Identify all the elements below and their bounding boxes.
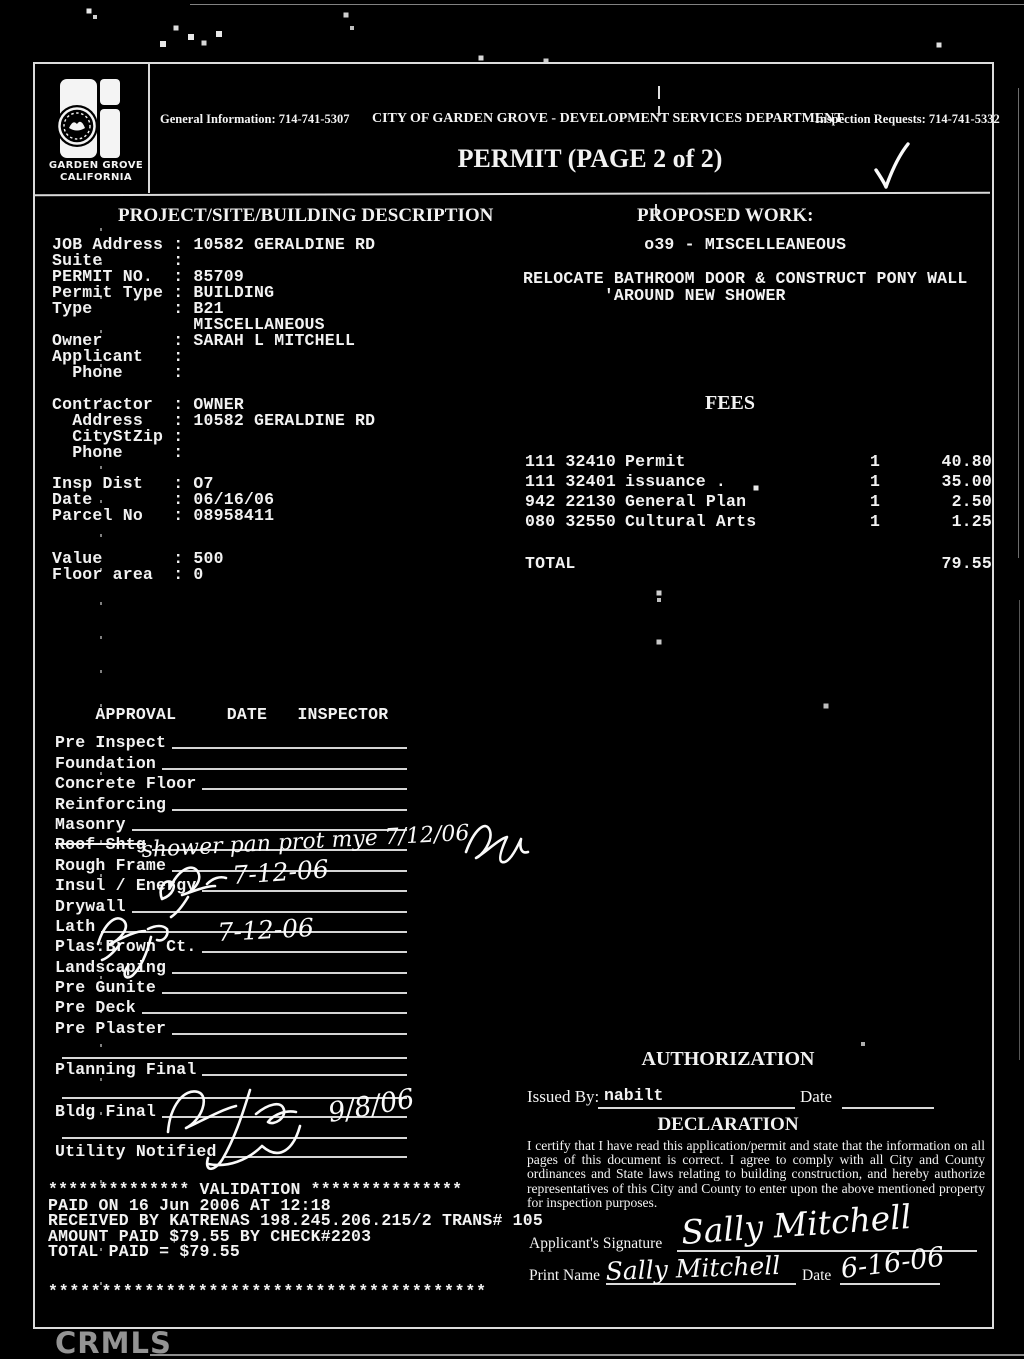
- plas-brown-descender-squiggle: [125, 937, 151, 977]
- print-name-handwriting: Sally Mitchell: [605, 1251, 781, 1286]
- scanned-permit-page: GARDEN GROVE CALIFORNIA General Informat…: [0, 0, 1024, 1359]
- lath-date-handwriting: 7-12-06: [217, 913, 315, 947]
- roof-inspector-initials-squiggle: [466, 826, 528, 862]
- handwriting-overlay: shower pan prot mye 7/12/06 7-12-06 7-12…: [0, 0, 1024, 1359]
- lath-initials-squiggle: [98, 918, 167, 960]
- scan-edge-bottom: [150, 1354, 1024, 1356]
- bldg-final-signature-squiggle: [168, 1090, 296, 1169]
- insul-energy-mark-squiggle: [161, 881, 174, 899]
- checkmark-icon: [876, 144, 908, 187]
- signed-date-handwriting: 6-16-06: [839, 1241, 946, 1284]
- applicant-signature-handwriting: Sally Mitchell: [680, 1197, 913, 1252]
- rough-frame-date-handwriting: 7-12-06: [231, 854, 329, 890]
- rough-frame-initials-squiggle: [170, 868, 226, 917]
- bldg-final-date-handwriting: 9/8/06: [326, 1083, 417, 1129]
